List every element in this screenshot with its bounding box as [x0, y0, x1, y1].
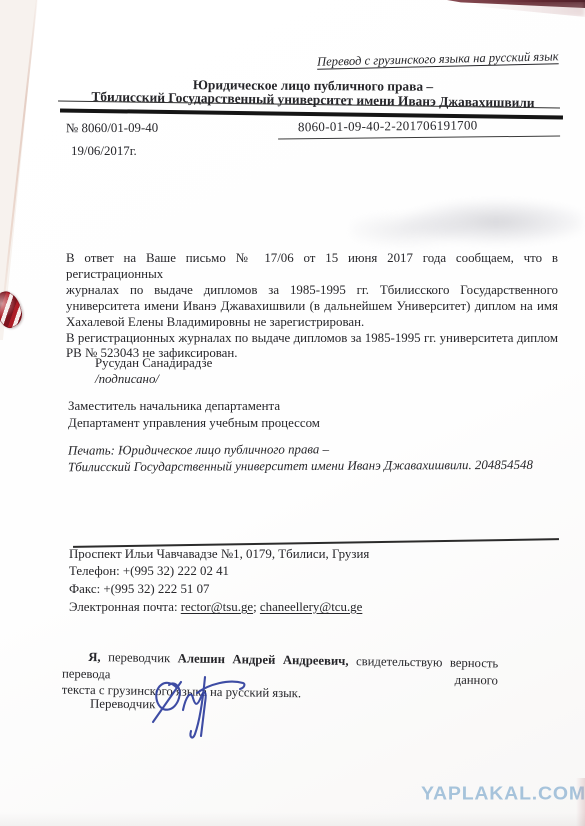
letter-date: 19/06/2017г. [71, 144, 137, 160]
handwritten-signature [146, 668, 250, 758]
email-address-2: chaneellery@tcu.ge [260, 600, 362, 614]
email-separator: ; [253, 600, 260, 614]
translator-name: Алешин Андрей Андреевич, [178, 651, 349, 668]
address-line: Проспект Ильи Чавчавадзе №1, 0179, Тбили… [69, 547, 369, 563]
watermark: YAPLAKAL.COM [421, 784, 585, 806]
email-label: Электронная почта: [69, 600, 181, 614]
signed-note: /подписано/ [95, 372, 159, 388]
email-address-1: rector@tsu.ge [181, 600, 253, 614]
translator-mid: переводчик [101, 650, 178, 665]
ref-number: № 8060/01-09-40 [66, 121, 158, 137]
body-line: журналах по выдаче дипломов за 1985-1995… [66, 283, 558, 299]
signer-name: Русудан Санадирадзе [95, 356, 212, 372]
body-line: В ответ на Ваше письмо № 17/06 от 15 июн… [66, 251, 558, 283]
translator-pronoun: Я, [88, 650, 101, 664]
body-line: В регистрационных журналах по выдаче дип… [66, 331, 558, 347]
signer-department: Департамент управления учебным процессом [68, 416, 320, 432]
scanned-letter-photo: Перевод с грузинского языка на русский я… [0, 0, 585, 826]
signature-stroke [156, 683, 179, 710]
phone-line: Телефон: +(995 32) 222 02 41 [69, 564, 229, 580]
bottom-shade [0, 812, 585, 826]
stamp-note-line2: Тбилисский Государственный университет и… [68, 458, 533, 476]
signer-position: Заместитель начальника департамента [68, 399, 280, 415]
stamp-note-line1: Печать: Юридическое лицо публичного прав… [68, 442, 329, 459]
body-line: Хахалевой Елены Владимировны не зарегист… [66, 315, 558, 331]
body-line: университета имени Иванэ Джавахишвили (в… [66, 299, 558, 315]
body-text: В ответ на Ваше письмо № 17/06 от 15 июн… [66, 251, 558, 362]
background-left-of-page [0, 0, 40, 340]
ref-code: 8060-01-09-40-2-201706191700 [278, 117, 560, 140]
fax-line: Факс: +(995 32) 222 51 07 [69, 582, 209, 598]
translation-note: Перевод с грузинского языка на русский я… [317, 49, 559, 70]
table-corner-glow [468, 2, 585, 17]
erased-text-smudge [350, 195, 582, 255]
red-binding-seal [0, 288, 26, 330]
email-line: Электронная почта: rector@tsu.ge; chanee… [69, 600, 362, 616]
